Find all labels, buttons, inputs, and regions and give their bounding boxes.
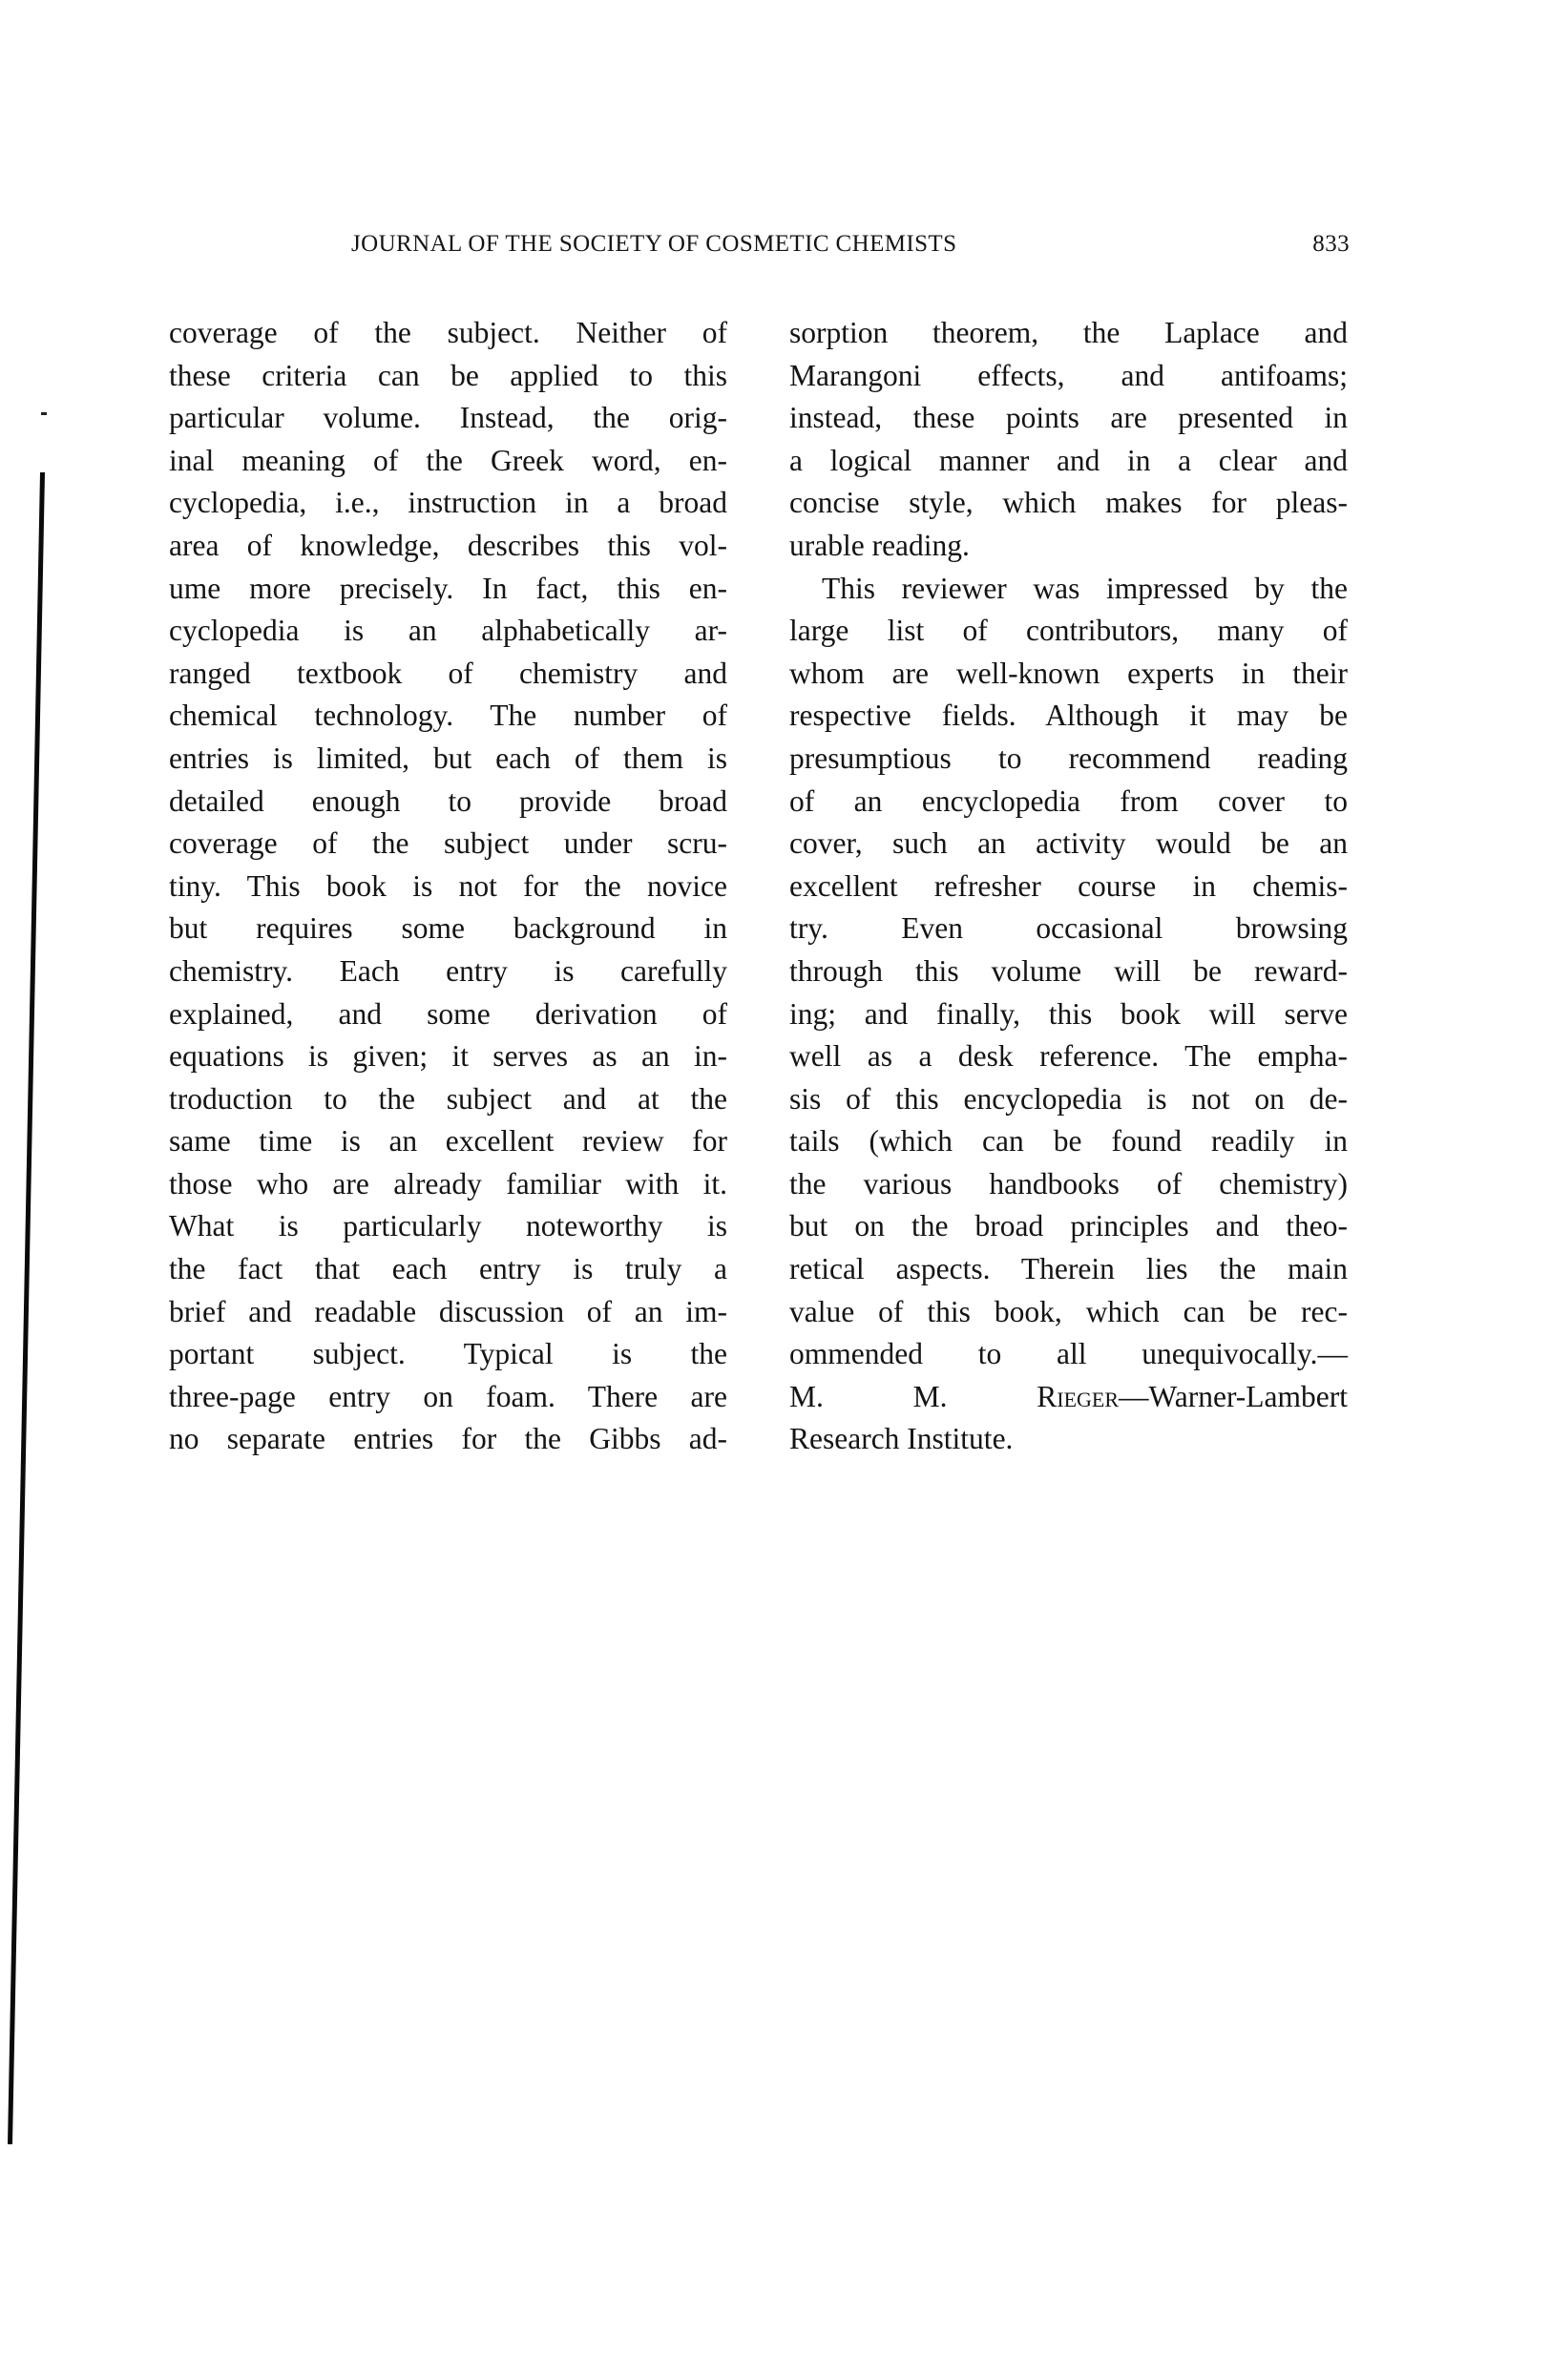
- text-line: ommended to all unequivocally.—: [789, 1333, 1348, 1376]
- text-line: chemical technology. The number of: [169, 695, 727, 738]
- text-line: excellent refresher course in chemis-: [789, 866, 1348, 908]
- text-line: sis of this encyclopedia is not on de-: [789, 1078, 1348, 1121]
- reviewer-affiliation: —Warner-Lambert: [1119, 1380, 1348, 1413]
- text-line: particular volume. Instead, the orig-: [169, 397, 727, 440]
- text-line: instead, these points are presented in: [789, 397, 1348, 440]
- text-line: entries is limited, but each of them is: [169, 738, 727, 781]
- text-line: Marangoni effects, and antifoams;: [789, 355, 1348, 398]
- text-line: chemistry. Each entry is carefully: [169, 950, 727, 993]
- text-line: value of this book, which can be rec-: [789, 1291, 1348, 1334]
- text-line: same time is an excellent review for: [169, 1120, 727, 1163]
- text-line: of an encyclopedia from cover to: [789, 781, 1348, 824]
- text-line: concise style, which makes for pleas-: [789, 482, 1348, 525]
- text-line: these criteria can be applied to this: [169, 355, 727, 398]
- text-line: inal meaning of the Greek word, en-: [169, 440, 727, 483]
- reviewer-affiliation-continued: Research Institute.: [789, 1418, 1348, 1461]
- text-line: the fact that each entry is truly a: [169, 1248, 727, 1291]
- text-line: coverage of the subject under scru-: [169, 823, 727, 866]
- reviewer-surname: Rieger: [1037, 1380, 1119, 1413]
- text-line: tails (which can be found readily in: [789, 1120, 1348, 1163]
- text-line: ume more precisely. In fact, this en-: [169, 568, 727, 611]
- text-line: try. Even occasional browsing: [789, 908, 1348, 950]
- text-line: presumptious to recommend reading: [789, 738, 1348, 781]
- text-line: three-page entry on foam. There are: [169, 1376, 727, 1419]
- reviewer-initials: M. M.: [789, 1380, 948, 1413]
- text-line: but on the broad principles and theo-: [789, 1205, 1348, 1248]
- text-line: brief and readable discussion of an im-: [169, 1291, 727, 1334]
- text-line: equations is given; it serves as an in-: [169, 1035, 727, 1078]
- left-text-column: coverage of the subject. Neither of thes…: [169, 312, 727, 1461]
- text-line: sorption theorem, the Laplace and: [789, 312, 1348, 355]
- text-line: area of knowledge, describes this vol-: [169, 525, 727, 568]
- text-line: through this volume will be reward-: [789, 950, 1348, 993]
- text-line: retical aspects. Therein lies the main: [789, 1248, 1348, 1291]
- text-line: no separate entries for the Gibbs ad-: [169, 1418, 727, 1461]
- signature-line: M. M. Rieger—Warner-Lambert: [789, 1376, 1348, 1419]
- text-line: the various handbooks of chemistry): [789, 1163, 1348, 1206]
- text-line: tiny. This book is not for the novice: [169, 866, 727, 908]
- text-line: whom are well-known experts in their: [789, 653, 1348, 696]
- journal-title: JOURNAL OF THE SOCIETY OF COSMETIC CHEMI…: [351, 229, 956, 260]
- text-line: well as a desk reference. The empha-: [789, 1035, 1348, 1078]
- text-line: troduction to the subject and at the: [169, 1078, 727, 1121]
- text-line: explained, and some derivation of: [169, 993, 727, 1036]
- text-line: cyclopedia, i.e., instruction in a broad: [169, 482, 727, 525]
- text-line: respective fields. Although it may be: [789, 695, 1348, 738]
- text-line: cover, such an activity would be an: [789, 823, 1348, 866]
- text-line: but requires some background in: [169, 908, 727, 950]
- page-number: 833: [1312, 229, 1350, 260]
- scan-binding-edge-line: [0, 0, 57, 2380]
- paragraph-start-line: This reviewer was impressed by the: [789, 568, 1348, 611]
- text-line: a logical manner and in a clear and: [789, 440, 1348, 483]
- text-line: cyclopedia is an alphabetically ar-: [169, 610, 727, 653]
- running-header: JOURNAL OF THE SOCIETY OF COSMETIC CHEMI…: [351, 229, 1350, 260]
- text-line: detailed enough to provide broad: [169, 781, 727, 824]
- text-line: urable reading.: [789, 525, 1348, 568]
- text-line: large list of contributors, many of: [789, 610, 1348, 653]
- text-line: ranged textbook of chemistry and: [169, 653, 727, 696]
- text-line: ing; and finally, this book will serve: [789, 993, 1348, 1036]
- text-line: portant subject. Typical is the: [169, 1333, 727, 1376]
- text-line: What is particularly noteworthy is: [169, 1205, 727, 1248]
- right-text-column: sorption theorem, the Laplace and Marang…: [789, 312, 1348, 1461]
- text-line: those who are already familiar with it.: [169, 1163, 727, 1206]
- text-line: coverage of the subject. Neither of: [169, 312, 727, 355]
